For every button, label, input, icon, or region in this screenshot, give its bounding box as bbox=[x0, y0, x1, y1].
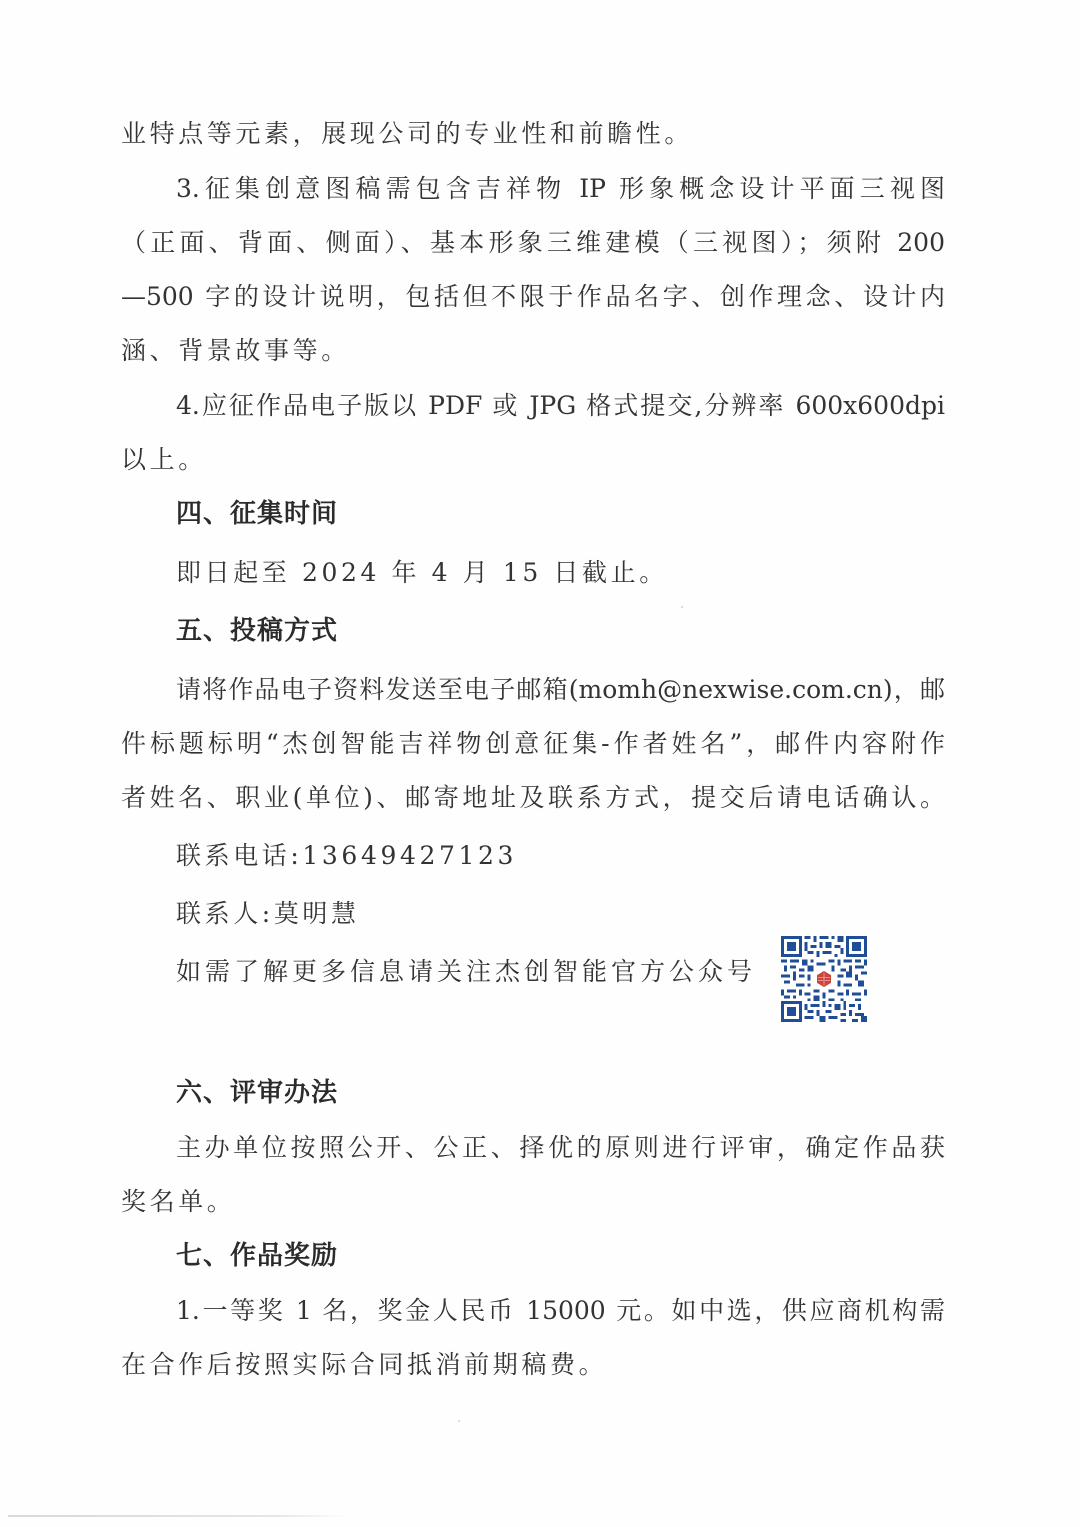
section-heading-evaluation-method: 六、评审办法 bbox=[176, 1073, 338, 1113]
paragraph-line: 业特点等元素，展现公司的专业性和前瞻性。 bbox=[121, 114, 945, 154]
document-page: 业特点等元素，展现公司的专业性和前瞻性。 3.征集创意图稿需包含吉祥物 IP 形… bbox=[0, 0, 1080, 1527]
paragraph-line: 4.应征作品电子版以 PDF 或 JPG 格式提交,分辨率 600x600dpi bbox=[176, 386, 945, 426]
award-text-line: 在合作后按照实际合同抵消前期稿费。 bbox=[121, 1345, 945, 1385]
paragraph-line: 涵、背景故事等。 bbox=[121, 331, 945, 371]
section-heading-collection-period: 四、征集时间 bbox=[176, 494, 338, 534]
scan-speck bbox=[458, 1420, 460, 1422]
paragraph-line: （正面、背面、侧面）、基本形象三维建模（三视图）；须附 200 bbox=[121, 223, 945, 263]
evaluation-text-line: 奖名单。 bbox=[121, 1182, 945, 1222]
paragraph-line: 以上。 bbox=[121, 440, 945, 480]
submission-instructions-line: 请将作品电子资料发送至电子邮箱(momh@nexwise.com.cn)，邮 bbox=[176, 670, 945, 710]
contact-person: 联系人:莫明慧 bbox=[176, 894, 945, 934]
award-text-line: 1.一等奖 1 名，奖金人民币 15000 元。如中选，供应商机构需 bbox=[176, 1291, 945, 1331]
submission-instructions-line: 件标题标明“杰创智能吉祥物创意征集-作者姓名”，邮件内容附作 bbox=[121, 724, 945, 764]
paragraph-line: 3.征集创意图稿需包含吉祥物 IP 形象概念设计平面三视图 bbox=[176, 169, 945, 209]
paragraph-line: —500 字的设计说明，包括但不限于作品名字、创作理念、设计内 bbox=[121, 277, 945, 317]
section-heading-submission-method: 五、投稿方式 bbox=[176, 611, 338, 651]
qr-code-icon[interactable] bbox=[781, 936, 867, 1022]
submission-instructions-line: 者姓名、职业(单位)、邮寄地址及联系方式，提交后请电话确认。 bbox=[121, 778, 945, 818]
section-heading-awards: 七、作品奖励 bbox=[176, 1236, 338, 1276]
scan-speck bbox=[681, 606, 683, 608]
collection-deadline-text: 即日起至 2024 年 4 月 15 日截止。 bbox=[176, 553, 945, 593]
page-bottom-edge bbox=[8, 1515, 348, 1517]
contact-phone: 联系电话:13649427123 bbox=[176, 836, 945, 876]
evaluation-text-line: 主办单位按照公开、公正、择优的原则进行评审，确定作品获 bbox=[176, 1128, 945, 1168]
